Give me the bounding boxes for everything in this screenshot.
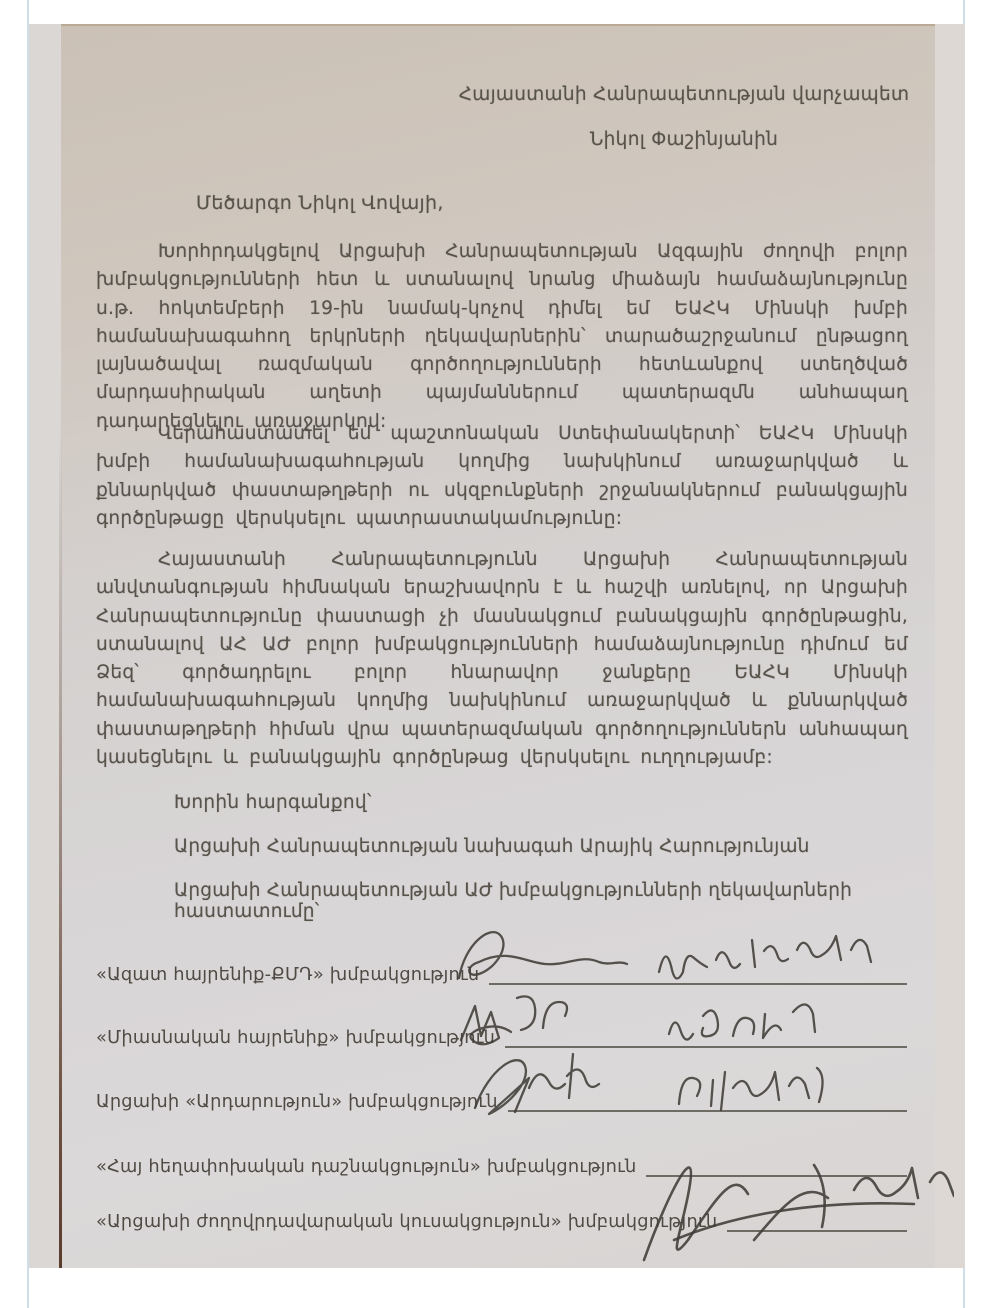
signature-line [646,1151,907,1177]
paragraph-3: Հայաստանի Հանրապետությունն Արցախի Հանրապ… [96,546,908,772]
faction-label: Արցախի «Արդարություն» խմբակցություն [96,1091,498,1112]
recipient-title: Հայաստանի Հանրապետության վարչապետ [434,72,934,117]
signature-line [727,1206,907,1232]
closing-respectfully: Խորին հարգանքով՝ [174,792,372,813]
faction-row-miasnakan-hayrenik: «Միասնական հայրենիք» խմբակցություն [96,1022,907,1048]
faction-row-zhoghovrdavarakan: «Արցախի ժողովրդավարական կուսակցություն» … [96,1206,907,1232]
faction-row-ardarutyun: Արցախի «Արդարություն» խմբակցություն [96,1086,907,1112]
faction-label: «Արցախի ժողովրդավարական կուսակցություն» … [96,1211,717,1232]
paper-fold-line [59,424,62,1268]
photo-edge-right [935,24,965,1268]
signature-line [508,1086,907,1112]
faction-label: «Միասնական հայրենիք» խմբակցություն [96,1027,495,1048]
signature-line [489,959,907,985]
paragraph-1: Խորհրդակցելով Արցախի Հանրապետության Ազգա… [96,238,908,436]
salutation: Մեծարգո Նիկոլ Վովայի, [196,192,444,214]
confirmation-heading: Արցախի Հանրապետության ԱԺ խմբակցություննե… [174,880,965,922]
recipient-block: Հայաստանի Հանրապետության վարչապետ Նիկոլ … [434,72,934,162]
faction-row-dashnaktsutyun: «Հայ հեղափոխական դաշնակցություն» խմբակցո… [96,1151,907,1177]
faction-label: «Ազատ հայրենիք-ՔՄԴ» խմբակցություն [96,964,479,985]
signature-line [505,1022,907,1048]
faction-row-azat-hayrenik: «Ազատ հայրենիք-ՔՄԴ» խմբակցություն [96,959,907,985]
photo-edge-left [29,24,61,1268]
president-signature-line: Արցախի Հանրապետության նախագահ Արայիկ Հար… [174,836,810,857]
paragraph-2: Վերահաստատել եմ պաշտոնական Ստեփանակերտի՝… [96,420,908,533]
scanned-letter-photo: Հայաստանի Հանրապետության վարչապետ Նիկոլ … [29,24,965,1268]
recipient-name: Նիկոլ Փաշինյանին [434,117,934,162]
faction-label: «Հայ հեղափոխական դաշնակցություն» խմբակցո… [96,1156,636,1177]
